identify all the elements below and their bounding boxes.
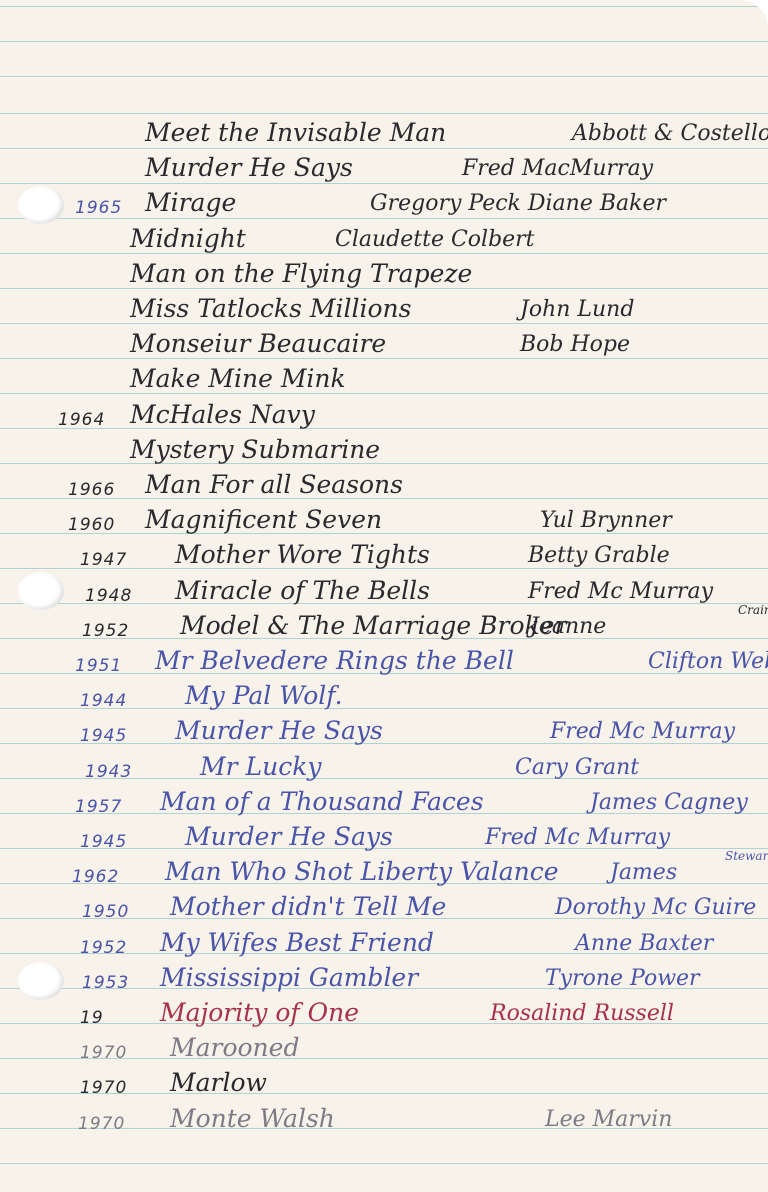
entry-actor: Tyrone Power bbox=[545, 966, 700, 991]
entry-title: Monte Walsh bbox=[170, 1104, 335, 1133]
list-item: 19Majority of OneRosalind Russell bbox=[0, 998, 768, 1032]
entry-title: Make Mine Mink bbox=[130, 364, 346, 393]
list-item: 1945Murder He SaysFred Mc Murray bbox=[0, 822, 768, 856]
entry-year: 19 bbox=[80, 1008, 104, 1028]
list-item: 1948Miracle of The BellsFred Mc Murray bbox=[0, 576, 768, 610]
list-item: 1962Man Who Shot Liberty ValanceJamesSte… bbox=[0, 857, 768, 891]
entry-title: Murder He Says bbox=[185, 822, 393, 851]
entry-title: McHales Navy bbox=[130, 400, 315, 429]
list-item: 1953Mississippi GamblerTyrone Power bbox=[0, 963, 768, 997]
notebook-page: Meet the Invisable ManAbbott & CostelloM… bbox=[0, 0, 768, 1192]
entry-year: 1966 bbox=[68, 480, 115, 500]
entry-year: 1965 bbox=[75, 198, 122, 218]
entry-title: Murder He Says bbox=[145, 153, 353, 182]
entry-title: Mr Belvedere Rings the Bell bbox=[155, 646, 514, 675]
entry-actor: Cary Grant bbox=[515, 755, 639, 780]
entry-actor: Yul Brynner bbox=[540, 508, 672, 533]
list-item: Man on the Flying Trapeze bbox=[0, 259, 768, 293]
entry-year: 1970 bbox=[80, 1078, 127, 1098]
list-item: 1964McHales Navy bbox=[0, 400, 768, 434]
list-item: 1947Mother Wore TightsBetty Grable bbox=[0, 540, 768, 574]
entry-actor: Dorothy Mc Guire bbox=[555, 895, 756, 920]
entry-annotation: Stewart bbox=[725, 849, 768, 863]
entry-actor: James bbox=[610, 860, 677, 885]
entry-title: Miracle of The Bells bbox=[175, 576, 430, 605]
entry-actor: Betty Grable bbox=[528, 543, 670, 568]
entry-title: Mystery Submarine bbox=[130, 435, 380, 464]
entry-title: Mississippi Gambler bbox=[160, 963, 418, 992]
list-item: 1970Marooned bbox=[0, 1033, 768, 1067]
entry-year: 1953 bbox=[82, 973, 129, 993]
list-item: 1966Man For all Seasons bbox=[0, 470, 768, 504]
entry-year: 1962 bbox=[72, 867, 119, 887]
list-item: Make Mine Mink bbox=[0, 364, 768, 398]
entry-title: Midnight bbox=[130, 224, 246, 253]
entry-actor: Fred MacMurray bbox=[462, 156, 653, 181]
entry-title: Man of a Thousand Faces bbox=[160, 787, 484, 816]
entry-year: 1970 bbox=[80, 1043, 127, 1063]
entry-title: Marooned bbox=[170, 1033, 299, 1062]
entry-actor: Abbott & Costello bbox=[572, 121, 768, 146]
entry-actor: Rosalind Russell bbox=[490, 1001, 674, 1026]
entry-year: 1943 bbox=[85, 762, 132, 782]
list-item: 1970Marlow bbox=[0, 1068, 768, 1102]
list-item: Murder He SaysFred MacMurray bbox=[0, 153, 768, 187]
entry-actor: Fred Mc Murray bbox=[550, 719, 735, 744]
list-item: 1945Murder He SaysFred Mc Murray bbox=[0, 716, 768, 750]
entry-title: My Pal Wolf. bbox=[185, 681, 343, 710]
entry-year: 1952 bbox=[82, 621, 129, 641]
entry-actor: James Cagney bbox=[590, 790, 748, 815]
entry-title: Meet the Invisable Man bbox=[145, 118, 446, 147]
entry-year: 1964 bbox=[58, 410, 105, 430]
list-item: 1960Magnificent SevenYul Brynner bbox=[0, 505, 768, 539]
entry-year: 1952 bbox=[80, 938, 127, 958]
entry-title: Mirage bbox=[145, 188, 236, 217]
entry-actor: Clifton Webb bbox=[648, 649, 768, 674]
entry-annotation: Crain bbox=[738, 603, 768, 617]
entry-year: 1947 bbox=[80, 550, 127, 570]
entry-title: Mother Wore Tights bbox=[175, 540, 430, 569]
entry-title: Man Who Shot Liberty Valance bbox=[165, 857, 559, 886]
entry-title: Man on the Flying Trapeze bbox=[130, 259, 472, 288]
entry-year: 1951 bbox=[75, 656, 122, 676]
list-item: MidnightClaudette Colbert bbox=[0, 224, 768, 258]
entry-year: 1950 bbox=[82, 902, 129, 922]
entry-actor: Fred Mc Murray bbox=[528, 579, 713, 604]
list-item: Meet the Invisable ManAbbott & Costello bbox=[0, 118, 768, 152]
entry-title: Murder He Says bbox=[175, 716, 383, 745]
entry-year: 1945 bbox=[80, 726, 127, 746]
entry-actor: Anne Baxter bbox=[575, 931, 713, 956]
list-item: 1965MirageGregory Peck Diane Baker bbox=[0, 188, 768, 222]
entry-year: 1945 bbox=[80, 832, 127, 852]
entry-actor: Fred Mc Murray bbox=[485, 825, 670, 850]
entry-actor: Claudette Colbert bbox=[335, 227, 535, 252]
list-item: 1970Monte WalshLee Marvin bbox=[0, 1104, 768, 1138]
entry-actor: Bob Hope bbox=[520, 332, 630, 357]
list-item: 1952Model & The Marriage BrokerJeanneCra… bbox=[0, 611, 768, 645]
entry-title: Mother didn't Tell Me bbox=[170, 892, 446, 921]
entry-title: Mr Lucky bbox=[200, 752, 321, 781]
entry-year: 1948 bbox=[85, 586, 132, 606]
entry-year: 1957 bbox=[75, 797, 122, 817]
entry-title: Model & The Marriage Broker bbox=[180, 611, 566, 640]
list-item: Mystery Submarine bbox=[0, 435, 768, 469]
entry-title: Magnificent Seven bbox=[145, 505, 382, 534]
list-item: 1951Mr Belvedere Rings the BellClifton W… bbox=[0, 646, 768, 680]
entry-year: 1944 bbox=[80, 691, 127, 711]
entry-actor: Lee Marvin bbox=[545, 1107, 672, 1132]
list-item: 1943Mr LuckyCary Grant bbox=[0, 752, 768, 786]
entry-title: Majority of One bbox=[160, 998, 359, 1027]
list-item: 1952My Wifes Best FriendAnne Baxter bbox=[0, 928, 768, 962]
list-item: 1957Man of a Thousand FacesJames Cagney bbox=[0, 787, 768, 821]
list-item: 1950Mother didn't Tell MeDorothy Mc Guir… bbox=[0, 892, 768, 926]
entry-year: 1960 bbox=[68, 515, 115, 535]
entry-title: My Wifes Best Friend bbox=[160, 928, 434, 957]
entry-title: Man For all Seasons bbox=[145, 470, 403, 499]
entry-title: Marlow bbox=[170, 1068, 267, 1097]
entry-actor: Gregory Peck Diane Baker bbox=[370, 191, 666, 216]
entry-actor: John Lund bbox=[520, 297, 634, 322]
entry-year: 1970 bbox=[78, 1114, 125, 1134]
entry-actor: Jeanne bbox=[530, 614, 606, 639]
entry-title: Miss Tatlocks Millions bbox=[130, 294, 411, 323]
list-item: Monseiur BeaucaireBob Hope bbox=[0, 329, 768, 363]
list-item: 1944My Pal Wolf. bbox=[0, 681, 768, 715]
entry-title: Monseiur Beaucaire bbox=[130, 329, 386, 358]
list-item: Miss Tatlocks MillionsJohn Lund bbox=[0, 294, 768, 328]
